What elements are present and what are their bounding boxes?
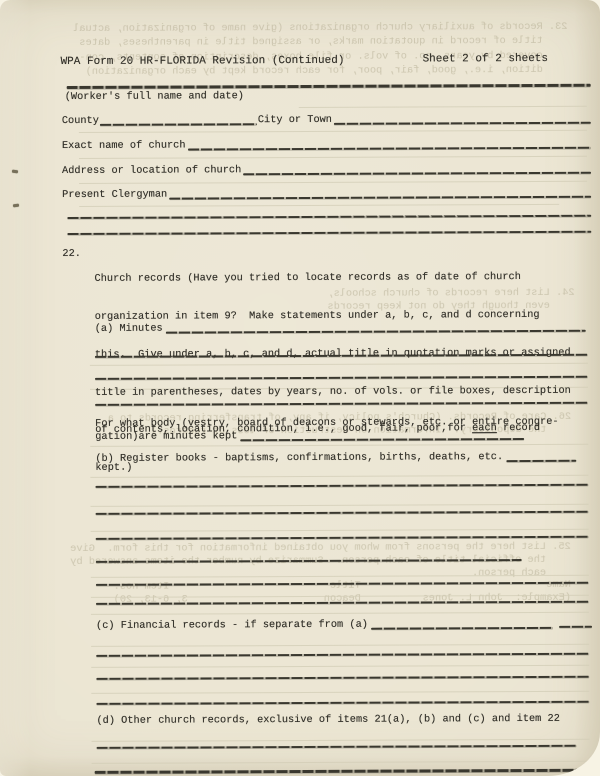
blank-answer-line — [96, 676, 589, 680]
blank-answer-line — [96, 536, 589, 540]
form-title: WPA Form 20 HR-FLORIDA Revision (Continu… — [61, 55, 345, 69]
church-name-answer-line — [188, 147, 591, 151]
county-label: County — [62, 115, 99, 128]
form-content: 23. Records of auxiliary church organiza… — [0, 0, 600, 776]
church-name-label: Exact name of church — [62, 139, 186, 152]
faint-rule — [92, 739, 590, 742]
blank-answer-line — [96, 653, 589, 657]
faint-rule — [91, 612, 589, 615]
item22-number: 22. — [62, 248, 81, 261]
blank-answer-line — [67, 231, 591, 235]
county-answer-line — [100, 123, 257, 126]
sheet-number: Sheet 2 of 2 sheets — [423, 53, 548, 66]
clergyman-answer-line — [169, 196, 591, 200]
bleedthrough-item23-block: 23. Records of auxiliary church organiza… — [62, 20, 567, 80]
blank-answer-line — [97, 745, 577, 749]
faint-rule — [91, 665, 589, 668]
city-answer-line — [334, 122, 591, 125]
blank-answer-line — [95, 769, 594, 774]
item22c-label: (c) Financial records - if separate from… — [96, 619, 368, 633]
staple-mark — [12, 170, 18, 174]
staple-mark — [13, 204, 19, 208]
for-what-body-line1: For what body (vestry, board of deacons … — [95, 416, 558, 431]
faint-rule — [79, 204, 559, 207]
faint-rule — [79, 181, 587, 184]
for-what-body-line2: gation)are minutes kept — [95, 430, 237, 443]
item22b-label: (b) Register books - baptisms, confirmat… — [95, 451, 503, 465]
item22a-label: (a) Minutes — [95, 323, 163, 336]
item22c-answer-line — [371, 627, 553, 630]
address-answer-line — [243, 172, 591, 176]
clergyman-label: Present Clergyman — [62, 189, 167, 202]
item22-body-line: title in parentheses, dates by years, no… — [95, 384, 571, 399]
blank-answer-line — [96, 511, 589, 515]
faint-rule — [299, 106, 587, 108]
item22d-label: (d) Other church records, exclusive of i… — [96, 713, 559, 728]
worker-caption: (Worker's full name and date) — [65, 90, 244, 103]
faint-rule — [91, 504, 589, 507]
item22-body-line: organization in item 9? Make statements … — [95, 309, 571, 324]
faint-rule — [91, 644, 589, 647]
faint-rule — [91, 529, 589, 532]
address-label: Address or location of church — [62, 164, 241, 177]
faint-rule — [79, 156, 587, 159]
blank-answer-line — [67, 215, 591, 219]
scanned-form-page: 23. Records of auxiliary church organiza… — [0, 0, 600, 776]
blank-answer-line — [96, 701, 589, 705]
faint-rule — [91, 691, 589, 694]
item22-body-line: Church records (Have you tried to locate… — [94, 271, 570, 286]
faint-rule — [79, 130, 587, 133]
item22b-answer-line — [506, 460, 576, 462]
city-label: City or Town — [258, 114, 332, 127]
worker-name-line — [67, 84, 591, 89]
faint-rule — [92, 761, 590, 764]
item22c-answer-line-end — [559, 626, 592, 628]
